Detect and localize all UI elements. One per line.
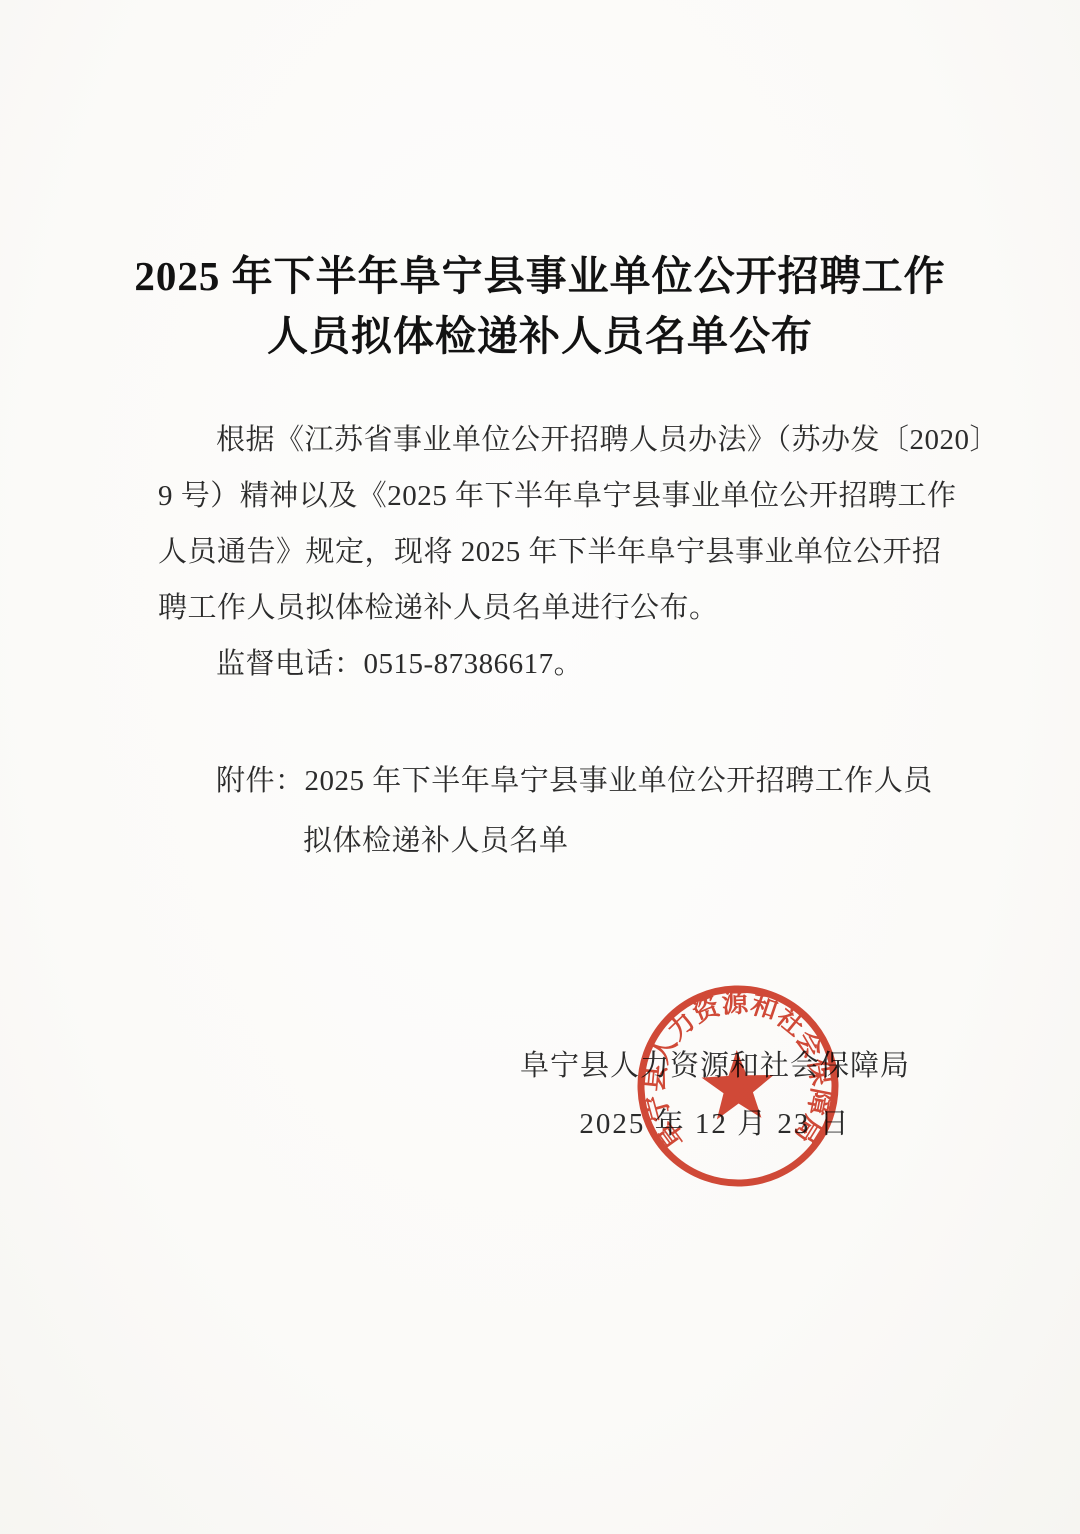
title-line-1: 2025 年下半年阜宁县事业单位公开招聘工作 bbox=[60, 246, 1020, 306]
attachment-line-1: 附件：2025 年下半年阜宁县事业单位公开招聘工作人员 bbox=[158, 751, 968, 811]
signature-agency: 阜宁县人力资源和社会保障局 bbox=[520, 1037, 910, 1095]
body-line: 根据《江苏省事业单位公开招聘人员办法》（苏办发〔2020〕 bbox=[158, 412, 968, 468]
attachment-section: 附件：2025 年下半年阜宁县事业单位公开招聘工作人员 拟体检递补人员名单 bbox=[158, 751, 968, 871]
title-line-2: 人员拟体检递补人员名单公布 bbox=[60, 306, 1020, 366]
body-line: 聘工作人员拟体检递补人员名单进行公布。 bbox=[158, 580, 968, 636]
attachment-line-2: 拟体检递补人员名单 bbox=[158, 811, 968, 871]
document-page: 2025 年下半年阜宁县事业单位公开招聘工作 人员拟体检递补人员名单公布 根据《… bbox=[0, 0, 1080, 1534]
document-body: 根据《江苏省事业单位公开招聘人员办法》（苏办发〔2020〕 9 号）精神以及《2… bbox=[158, 412, 968, 871]
signature-date: 2025 年 12 月 23 日 bbox=[520, 1095, 910, 1153]
body-line: 9 号）精神以及《2025 年下半年阜宁县事业单位公开招聘工作 bbox=[158, 468, 968, 524]
body-line: 人员通告》规定，现将 2025 年下半年阜宁县事业单位公开招 bbox=[158, 524, 968, 580]
signature-block: 阜宁县人力资源和社会保障局 2025 年 12 月 23 日 bbox=[520, 1037, 910, 1153]
supervision-phone-line: 监督电话：0515-87386617。 bbox=[158, 636, 968, 692]
document-title: 2025 年下半年阜宁县事业单位公开招聘工作 人员拟体检递补人员名单公布 bbox=[60, 246, 1020, 366]
